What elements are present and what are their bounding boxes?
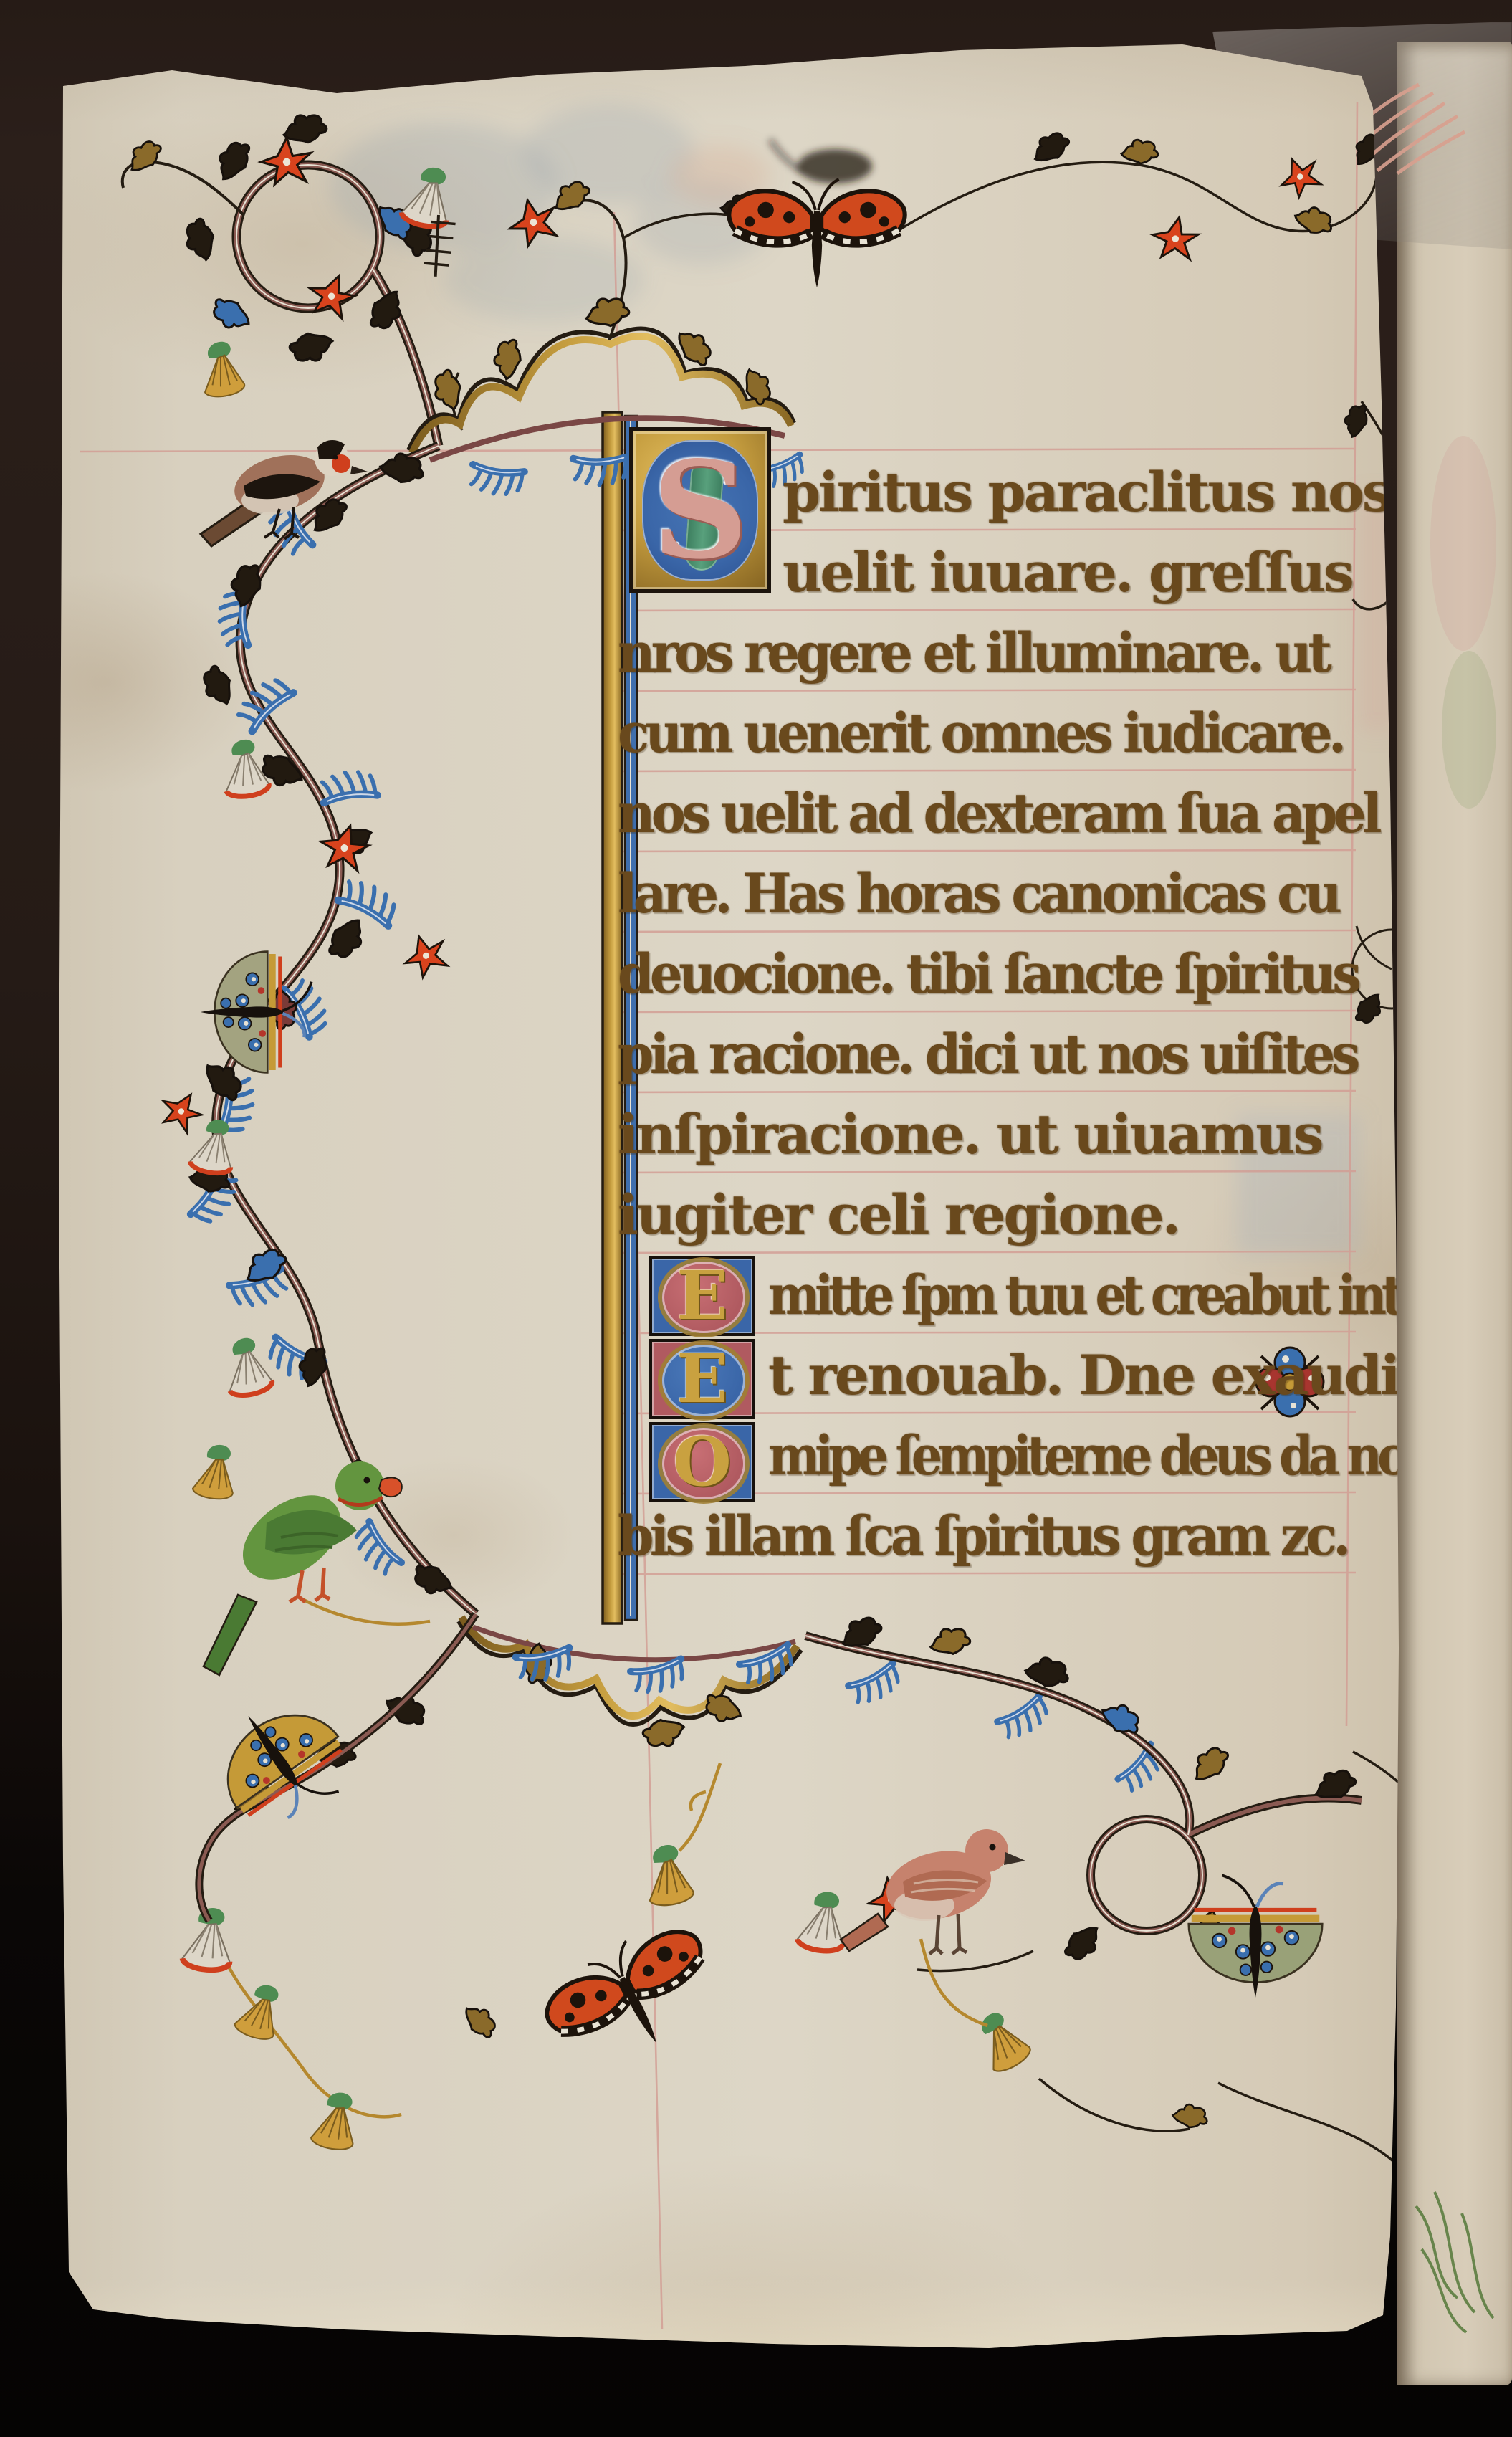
- text-line-7: deuocione. tibi ſancte ſpiritus: [618, 936, 1357, 1016]
- text-line-12: t renouab. Dne exaudi.: [768, 1337, 1415, 1418]
- text-line-10: iugiter celi regione.: [618, 1177, 1179, 1257]
- versal-letter: E: [676, 1262, 728, 1330]
- text-line-5: nos uelit ad dexteram ſua apel: [618, 776, 1378, 856]
- text-line-4: cum uenerit omnes iudicare.: [618, 695, 1342, 776]
- versal-initial-o: O: [649, 1422, 755, 1502]
- text-line-8: pia racione. dici ut nos uiſites: [618, 1016, 1357, 1097]
- initial-letter: S: [633, 431, 767, 589]
- text-line-6: lare. Has horas canonicas cu: [618, 856, 1338, 936]
- manuscript-page: 236 S E E O piritus paraclitus nos uelit…: [0, 0, 1512, 2437]
- versal-letter: O: [673, 1429, 732, 1496]
- text-line-13: mipe ſempiterne deus da no: [768, 1418, 1405, 1498]
- tortoiseshell-butterfly-bottom: [533, 1912, 731, 2083]
- facing-page-edge: [1397, 42, 1512, 2385]
- text-line-1: piritus paraclitus nos: [783, 454, 1391, 535]
- moth-bottom-right: [1189, 1875, 1322, 1998]
- versal-initial-e2: E: [649, 1339, 755, 1419]
- versal-letter: E: [676, 1345, 728, 1413]
- facing-page-bleedthrough: [1397, 42, 1512, 2385]
- text-line-2: uelit iuuare. greſſus: [783, 535, 1352, 615]
- text-line-9: inſpiracione. ut uiuamus: [618, 1097, 1321, 1177]
- versal-initial-e1: E: [649, 1256, 755, 1336]
- illuminated-initial-s: S: [629, 427, 771, 593]
- pink-songbird: [841, 1829, 1025, 1954]
- text-line-3: nros regere et illuminare. ut: [618, 615, 1328, 695]
- green-grass-marks: [1416, 2192, 1493, 2332]
- tendrils-bottom: [917, 1752, 1442, 2236]
- text-line-14: bis illam ſca ſpiritus gram zc.: [618, 1498, 1347, 1578]
- ink-blot: [770, 140, 872, 183]
- tortoiseshell-butterfly-top: [729, 179, 904, 287]
- photograph-of-manuscript: 236 S E E O piritus paraclitus nos uelit…: [0, 0, 1512, 2437]
- text-line-11: mitte ſpm tuu et creabut intt.: [768, 1257, 1428, 1337]
